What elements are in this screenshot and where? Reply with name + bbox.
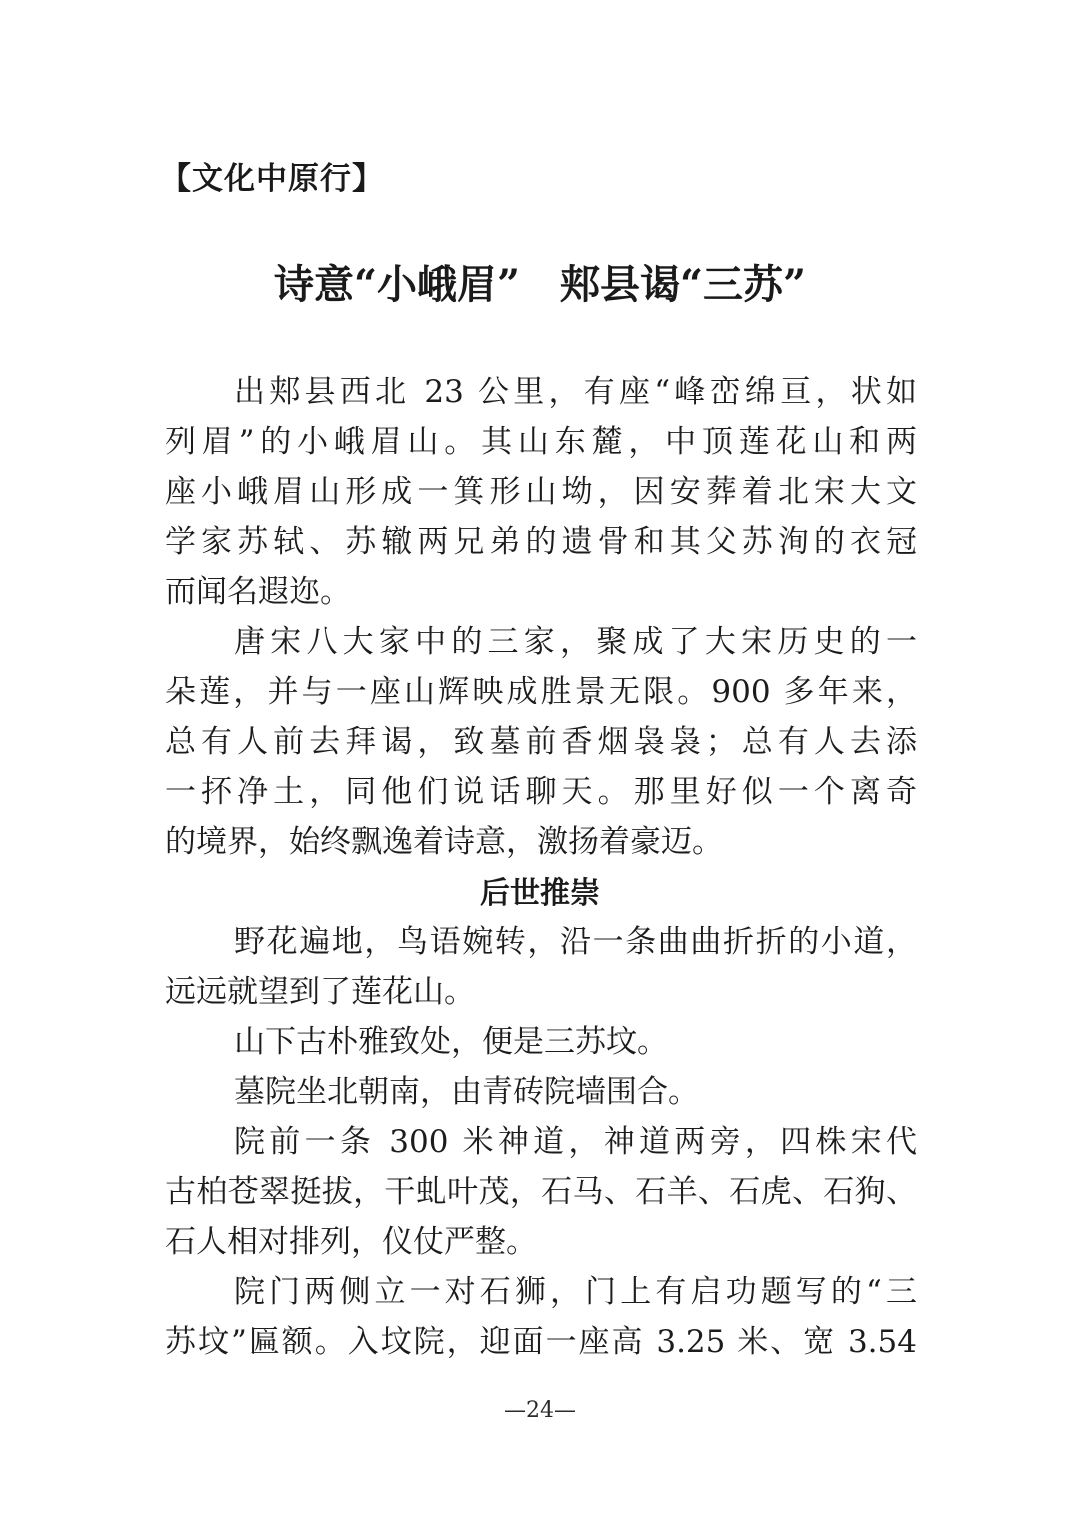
text-line: 野花遍地，鸟语婉转，沿一条曲曲折折的小道， [234,922,917,962]
column-tag: 【文化中原行】 [160,158,384,200]
text-line: 总有人前去拜谒，致墓前香烟袅袅；总有人去添 [165,722,917,762]
text-line: 的境界，始终飘逸着诗意，激扬着豪迈。 [165,822,723,862]
text-line: 院前一条 300 米神道，神道两旁，四株宋代 [234,1122,917,1162]
text-line: 山下古朴雅致处，便是三苏坟。 [234,1022,668,1062]
text-line: 苏坟”匾额。入坟院，迎面一座高 3.25 米、宽 3.54 [165,1322,917,1362]
text-line: 远远就望到了莲花山。 [165,972,475,1012]
text-line: 墓院坐北朝南，由青砖院墙围合。 [234,1072,699,1112]
text-line: 而闻名遐迩。 [165,572,351,612]
text-line: 列眉”的小峨眉山。其山东麓，中顶莲花山和两 [165,422,917,462]
section-heading: 后世推崇 [0,872,1080,916]
article-title: 诗意“小峨眉” 郏县谒“三苏” [0,258,1080,312]
text-line: 院门两侧立一对石狮，门上有启功题写的“三 [234,1272,917,1312]
text-line: 学家苏轼、苏辙两兄弟的遗骨和其父苏洵的衣冠 [165,522,917,562]
text-line: 古柏苍翠挺拔，干虬叶茂，石马、石羊、石虎、石狗、 [165,1172,917,1212]
text-line: 朵莲，并与一座山辉映成胜景无限。900 多年来， [165,672,917,712]
page-number: —24— [0,1396,1080,1426]
text-line: 唐宋八大家中的三家，聚成了大宋历史的一 [234,622,917,662]
text-line: 石人相对排列，仪仗严整。 [165,1222,537,1262]
text-line: 一抔净土，同他们说话聊天。那里好似一个离奇 [165,772,917,812]
text-line: 出郏县西北 23 公里，有座“峰峦绵亘，状如 [234,372,917,412]
text-line: 座小峨眉山形成一箕形山坳，因安葬着北宋大文 [165,472,917,512]
